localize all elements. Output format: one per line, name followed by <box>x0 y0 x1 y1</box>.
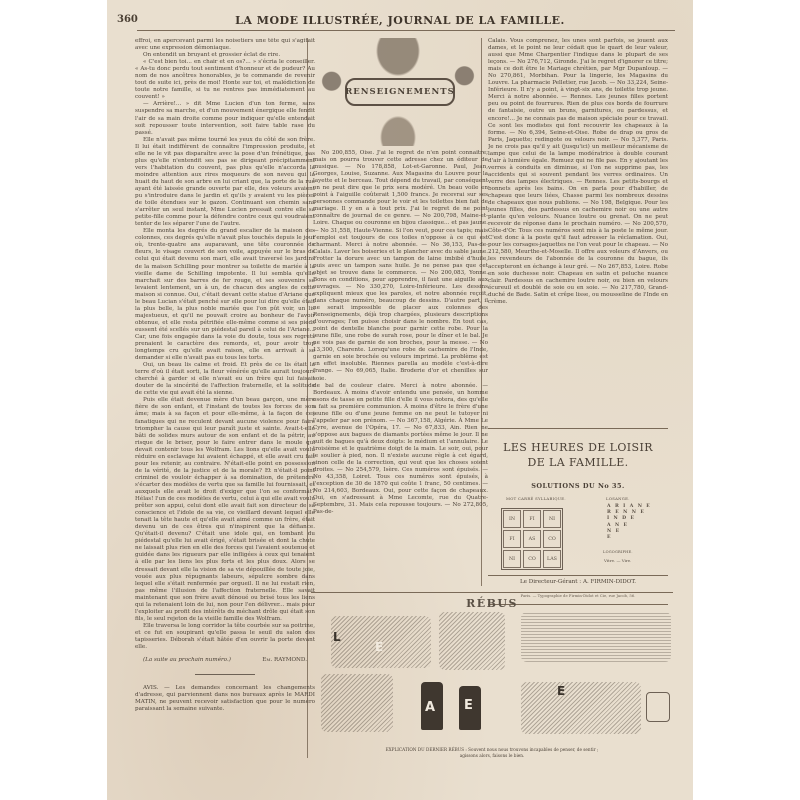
rebus-letter: E <box>464 698 473 713</box>
rebus-letter: A <box>425 700 435 715</box>
loisir-title-line-2: DE LA FAMILLE. <box>488 455 668 470</box>
banner-frame: RENSEIGNEMENTS <box>345 78 455 106</box>
losange-label: LOSANGE. <box>606 496 630 501</box>
story-signature: (La suite au prochain numéro.) Em. RAYMO… <box>135 657 315 664</box>
avis-notice: AVIS. — Les demandes concernant les chan… <box>135 685 315 713</box>
rebus-letter: L <box>333 630 341 644</box>
page-header: 360 LA MODE ILLUSTRÉE, JOURNAL DE LA FAM… <box>107 14 693 30</box>
story-paragraph: — Arrière!... » dit Mme Lucien d'un ton … <box>135 101 315 136</box>
section-rule <box>488 428 668 429</box>
rebus-caption: EXPLICATION DU DERNIER RÉBUS : Souvent n… <box>311 747 673 758</box>
grid-cell: LAS <box>543 550 561 568</box>
header-rule <box>137 30 675 31</box>
rebus-title: RÉBUS <box>311 597 673 610</box>
renseignements-title: RENSEIGNEMENTS <box>345 87 455 97</box>
continuation-note: (La suite au prochain numéro.) <box>143 657 231 664</box>
story-paragraph: Elle monta les degrés du grand escalier … <box>135 228 315 362</box>
right-column-renseignements: Calais. Vous comprenez, les unes sont pa… <box>488 38 668 418</box>
author-name: Em. RAYMOND. <box>262 657 307 664</box>
grid-cell: CO <box>543 530 561 548</box>
sacks-illustration <box>439 612 505 670</box>
renseignements-text: No 200,855, Oise. J'ai le regret de n'en… <box>313 150 488 383</box>
rebus-caption-line-2: agissons alors, faisons le bien. <box>311 753 673 759</box>
grid-cell: CO <box>523 550 541 568</box>
newspaper-page: 360 LA MODE ILLUSTRÉE, JOURNAL DE LA FAM… <box>107 0 693 800</box>
left-column-story: effroi, en apercevant parmi les noisetie… <box>135 38 315 762</box>
section-rule <box>311 592 673 593</box>
desk-figures-illustration <box>321 674 393 732</box>
story-paragraph: Elle n'avait pas même tourné les yeux du… <box>135 137 315 229</box>
workbench-illustration: E <box>521 682 641 734</box>
journal-title: LA MODE ILLUSTRÉE, JOURNAL DE LA FAMILLE… <box>107 14 693 27</box>
renseignements-continued: Calais. Vous comprenez, les unes sont pa… <box>488 38 668 306</box>
losange-row: E <box>607 535 651 541</box>
story-paragraph: « C'est bien toi... en chair et en os?..… <box>135 59 315 101</box>
reclining-man-illustration: L E <box>331 616 431 668</box>
logogriphe-label: LOGOGRIPHE. <box>603 550 633 554</box>
section-rule <box>195 674 255 675</box>
middle-column-renseignements: No 200,855, Oise. J'ai le regret de n'en… <box>313 150 488 590</box>
story-paragraph: Elle traversa le long corridor la tête c… <box>135 623 315 651</box>
story-paragraph: Oui, un beau lis calme et froid. Et près… <box>135 362 315 397</box>
grid-cell: NI <box>543 510 561 528</box>
grid-label: MOT CARRÉ SYLLABIQUE. <box>506 496 566 501</box>
loisir-title-line-1: LES HEURES DE LOISIR <box>488 440 668 455</box>
renseignements-banner: RENSEIGNEMENTS <box>315 38 481 146</box>
rebus-section: RÉBUS L E A E E EXPLICATION DU DERNIER R… <box>311 592 673 762</box>
story-paragraph: Puis elle était devenue mère d'un beau g… <box>135 397 315 623</box>
rebus-letter: E <box>557 684 565 698</box>
rebus-letter: E <box>375 640 383 654</box>
syllabic-square-grid: IN FI NI FI AS CO NI CO LAS <box>501 508 563 570</box>
grid-cell: AS <box>523 530 541 548</box>
grid-cell: IN <box>503 510 521 528</box>
story-paragraph: effroi, en apercevant parmi les noisetie… <box>135 38 315 52</box>
boat-illustration <box>521 612 671 662</box>
losange-solution: A R I A N E R E N N E I N D E A N E N E … <box>607 504 651 541</box>
clock-illustration <box>646 692 670 722</box>
section-rule <box>488 575 668 576</box>
logogriphe-solution: Vitre. — Vire. <box>604 558 631 563</box>
grid-cell: FI <box>503 530 521 548</box>
director-credit: Le Directeur-Gérant : A. FIRMIN-DIDOT. <box>488 579 668 585</box>
loisir-title: LES HEURES DE LOISIR DE LA FAMILLE. <box>488 440 668 470</box>
renseignements-text-tail: de bal de couleur claire. Merci à notre … <box>313 383 488 517</box>
solutions-heading: SOLUTIONS DU No 35. <box>488 482 668 490</box>
grid-cell: FI <box>523 510 541 528</box>
two-men-illustration: A E <box>405 674 505 734</box>
grid-cell: NI <box>503 550 521 568</box>
